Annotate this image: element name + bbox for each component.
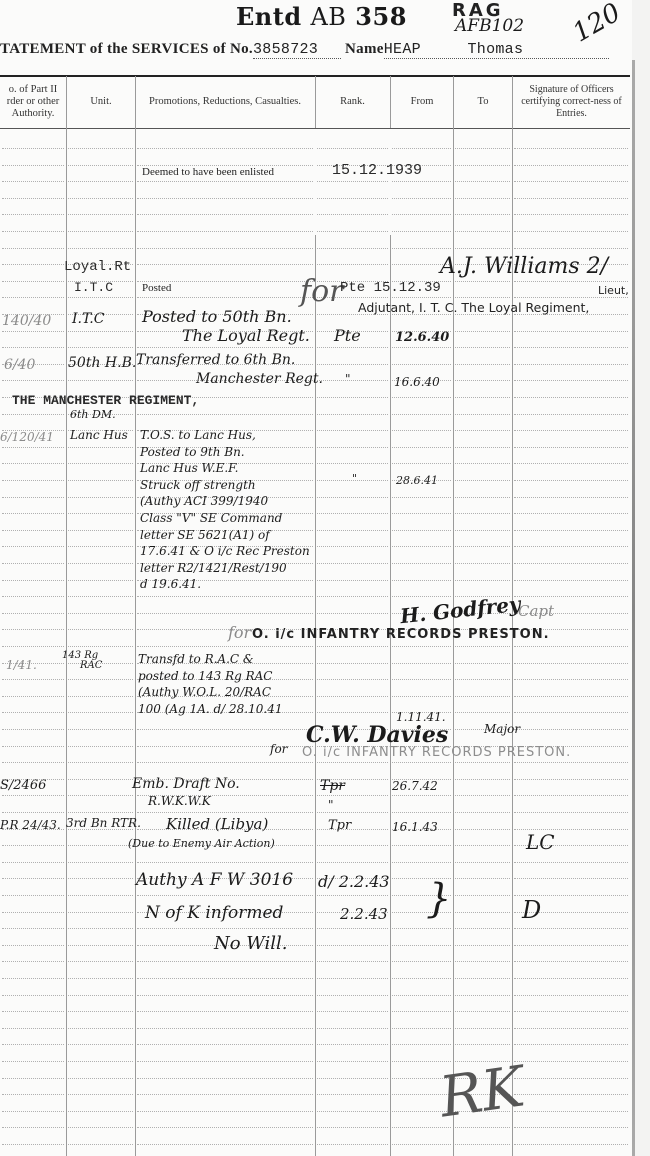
ruled-line bbox=[2, 264, 64, 265]
ruled-line bbox=[514, 513, 628, 514]
e4-text-line: 17.6.41 & O i/c Rec Preston bbox=[140, 544, 310, 558]
ruled-line bbox=[455, 712, 510, 713]
ruled-line bbox=[2, 646, 64, 647]
e6-rank-ditto: " bbox=[328, 798, 334, 812]
ruled-line bbox=[392, 596, 451, 597]
ruled-line bbox=[317, 895, 388, 896]
statement-title-line: TATEMENT of the SERVICES of No.3858723 N… bbox=[0, 41, 630, 59]
ruled-line bbox=[68, 878, 133, 879]
ruled-line bbox=[392, 364, 451, 365]
ruled-line bbox=[514, 1127, 628, 1128]
e2-unit: I.T.C bbox=[72, 311, 104, 327]
ruled-line bbox=[2, 679, 64, 680]
e8-from-line1: d/ 2.2.43 bbox=[318, 872, 390, 891]
ruled-line bbox=[2, 945, 64, 946]
ruled-line bbox=[137, 198, 313, 199]
ruled-line bbox=[68, 198, 133, 199]
ruled-line bbox=[514, 696, 628, 697]
ruled-line bbox=[2, 596, 64, 597]
ruled-line bbox=[455, 679, 510, 680]
ruled-line bbox=[317, 397, 388, 398]
col-divider-2 bbox=[135, 76, 136, 1156]
ruled-line bbox=[455, 580, 510, 581]
ruled-line bbox=[68, 1078, 133, 1079]
ruled-line bbox=[68, 480, 133, 481]
e1-adjutant-stamp: Adjutant, I. T. C. The Loyal Regiment, bbox=[358, 300, 589, 315]
ruled-line bbox=[455, 297, 510, 298]
ruled-line bbox=[392, 1028, 451, 1029]
ruled-line bbox=[392, 646, 451, 647]
ruled-line bbox=[514, 1011, 628, 1012]
ruled-line bbox=[514, 862, 628, 863]
ruled-line bbox=[137, 414, 313, 415]
ruled-line bbox=[317, 1144, 388, 1145]
ruled-line bbox=[137, 1061, 313, 1062]
e1-rank-date: Pte 15.12.39 bbox=[340, 280, 441, 296]
ruled-line bbox=[392, 297, 451, 298]
ruled-line bbox=[137, 1044, 313, 1045]
ruled-line bbox=[68, 1144, 133, 1145]
ruled-line bbox=[137, 646, 313, 647]
ruled-line bbox=[2, 862, 64, 863]
ruled-line bbox=[2, 1044, 64, 1045]
header-rank: Rank. bbox=[315, 78, 390, 126]
ruled-line bbox=[2, 297, 64, 298]
ruled-line bbox=[68, 563, 133, 564]
ruled-line bbox=[514, 480, 628, 481]
ruled-line bbox=[514, 1061, 628, 1062]
ruled-line bbox=[68, 762, 133, 763]
e2-rank: Pte bbox=[334, 326, 361, 345]
ruled-line bbox=[68, 331, 133, 332]
ruled-line bbox=[455, 762, 510, 763]
ruled-line bbox=[2, 928, 64, 929]
ruled-line bbox=[514, 198, 628, 199]
ruled-line bbox=[68, 629, 133, 630]
e5-for: for bbox=[270, 742, 287, 756]
e1-for: for bbox=[300, 274, 344, 309]
ruled-line bbox=[514, 646, 628, 647]
ruled-line bbox=[2, 1094, 64, 1095]
ruled-line bbox=[455, 181, 510, 182]
ruled-line bbox=[137, 231, 313, 232]
ruled-line bbox=[455, 563, 510, 564]
ruled-line bbox=[317, 1044, 388, 1045]
e4-text-line: Class "V" SE Command bbox=[140, 511, 282, 525]
e3-text-line1: Transferred to 6th Bn. bbox=[136, 352, 295, 368]
ruled-line bbox=[317, 580, 388, 581]
ruled-line bbox=[2, 231, 64, 232]
ruled-line bbox=[68, 729, 133, 730]
e8-text-line3: No Will. bbox=[214, 933, 288, 954]
ruled-line bbox=[455, 414, 510, 415]
e4-for: for bbox=[228, 623, 251, 642]
ruled-line bbox=[455, 214, 510, 215]
col-divider-3-header bbox=[315, 76, 316, 128]
e4-unit: Lanc Hus bbox=[70, 428, 128, 442]
ruled-line bbox=[2, 214, 64, 215]
ruled-line bbox=[2, 463, 64, 464]
ruled-line bbox=[455, 795, 510, 796]
ruled-line bbox=[455, 696, 510, 697]
forename: Thomas bbox=[467, 41, 523, 58]
ruled-line bbox=[137, 1078, 313, 1079]
ruled-line bbox=[68, 961, 133, 962]
ruled-line bbox=[68, 1111, 133, 1112]
ruled-line bbox=[2, 978, 64, 979]
ruled-line bbox=[317, 862, 388, 863]
ruled-line bbox=[514, 663, 628, 664]
ruled-line bbox=[514, 878, 628, 879]
surname: HEAP bbox=[384, 41, 421, 58]
ruled-line bbox=[317, 1111, 388, 1112]
ruled-line bbox=[317, 463, 388, 464]
service-record-page: Entd AB 358 RAG AFB102 120 TATEMENT of t… bbox=[0, 0, 650, 1156]
ruled-line bbox=[68, 580, 133, 581]
e8-initials: D bbox=[522, 896, 541, 924]
ruled-line bbox=[2, 912, 64, 913]
header-authority: o. of Part II rder or other Authority. bbox=[0, 78, 66, 126]
ruled-line bbox=[514, 1144, 628, 1145]
ruled-line bbox=[68, 447, 133, 448]
ruled-line bbox=[392, 563, 451, 564]
ruled-line bbox=[68, 248, 133, 249]
ruled-line bbox=[317, 646, 388, 647]
ruled-line bbox=[455, 878, 510, 879]
ruled-line bbox=[455, 829, 510, 830]
ruled-line bbox=[514, 779, 628, 780]
ruled-line bbox=[2, 629, 64, 630]
ruled-line bbox=[317, 928, 388, 929]
name-label: Name bbox=[345, 41, 384, 57]
ruled-line bbox=[2, 1061, 64, 1062]
ruled-line bbox=[68, 1094, 133, 1095]
ruled-line bbox=[2, 1078, 64, 1079]
ruled-line bbox=[514, 712, 628, 713]
ruled-line bbox=[2, 148, 64, 149]
ruled-line bbox=[392, 1011, 451, 1012]
ruled-line bbox=[137, 264, 313, 265]
e5-records-stamp: O. i/c INFANTRY RECORDS PRESTON. bbox=[302, 745, 571, 760]
ruled-line bbox=[2, 181, 64, 182]
ruled-line bbox=[317, 995, 388, 996]
ruled-line bbox=[392, 497, 451, 498]
e8-brace: } bbox=[426, 876, 451, 922]
ruled-line bbox=[137, 248, 313, 249]
ruled-line bbox=[455, 928, 510, 929]
ruled-line bbox=[317, 762, 388, 763]
ruled-line bbox=[137, 862, 313, 863]
ruled-line bbox=[392, 812, 451, 813]
ruled-line bbox=[392, 928, 451, 929]
ruled-line bbox=[68, 1061, 133, 1062]
page-right-edge bbox=[632, 60, 635, 1156]
ruled-line bbox=[68, 1044, 133, 1045]
ruled-line bbox=[514, 995, 628, 996]
form-number-handwritten: AFB102 bbox=[455, 16, 524, 36]
ruled-line bbox=[137, 762, 313, 763]
ruled-line bbox=[317, 181, 388, 182]
ruled-line bbox=[317, 430, 388, 431]
ruled-line bbox=[455, 961, 510, 962]
ruled-line bbox=[317, 414, 388, 415]
ruled-line bbox=[455, 497, 510, 498]
ruled-line bbox=[2, 1011, 64, 1012]
ruled-line bbox=[2, 580, 64, 581]
header-to: To bbox=[454, 78, 512, 126]
ruled-line bbox=[514, 281, 628, 282]
ruled-line bbox=[137, 961, 313, 962]
ruled-line bbox=[455, 331, 510, 332]
ruled-line bbox=[2, 331, 64, 332]
header-signature: Signature of Officers certifying correct… bbox=[513, 78, 630, 126]
ruled-line bbox=[392, 447, 451, 448]
e6-from: 26.7.42 bbox=[392, 779, 438, 793]
ruled-line bbox=[392, 961, 451, 962]
ruled-line bbox=[68, 513, 133, 514]
ruled-line bbox=[68, 530, 133, 531]
ruled-line bbox=[137, 729, 313, 730]
ruled-line bbox=[2, 513, 64, 514]
e5-signature-rank: Major bbox=[484, 722, 520, 736]
ruled-line bbox=[392, 181, 451, 182]
ruled-line bbox=[392, 414, 451, 415]
ruled-line bbox=[514, 397, 628, 398]
ruled-line bbox=[392, 580, 451, 581]
entd-stamp: Entd AB 358 bbox=[236, 2, 407, 31]
ruled-line bbox=[392, 430, 451, 431]
ruled-line bbox=[317, 978, 388, 979]
e4-rank-ditto: " bbox=[352, 472, 357, 485]
ruled-line bbox=[455, 165, 510, 166]
ruled-line bbox=[514, 148, 628, 149]
ruled-line bbox=[514, 231, 628, 232]
ruled-line bbox=[2, 878, 64, 879]
ruled-line bbox=[68, 1127, 133, 1128]
ruled-line bbox=[455, 546, 510, 547]
ruled-line bbox=[2, 729, 64, 730]
ruled-line bbox=[317, 513, 388, 514]
ruled-line bbox=[68, 679, 133, 680]
ruled-line bbox=[137, 995, 313, 996]
ruled-line bbox=[68, 181, 133, 182]
ruled-line bbox=[68, 165, 133, 166]
e7-authority: P.R 24/43. bbox=[0, 818, 61, 832]
ruled-line bbox=[2, 198, 64, 199]
ruled-line bbox=[317, 1127, 388, 1128]
e4-text-line: (Authy ACI 399/1940 bbox=[140, 494, 268, 508]
ruled-line bbox=[392, 995, 451, 996]
ruled-line bbox=[68, 297, 133, 298]
e1-posted: Posted bbox=[142, 282, 171, 294]
e6-text-line1: Emb. Draft No. bbox=[132, 776, 240, 792]
ruled-line bbox=[392, 513, 451, 514]
ruled-line bbox=[455, 463, 510, 464]
ruled-line bbox=[455, 663, 510, 664]
ruled-line bbox=[514, 1078, 628, 1079]
ruled-line bbox=[137, 812, 313, 813]
ruled-line bbox=[455, 380, 510, 381]
ruled-line bbox=[392, 198, 451, 199]
header-promotions: Promotions, Reductions, Casualties. bbox=[136, 78, 314, 126]
ruled-line bbox=[514, 596, 628, 597]
e5-unit-line2: RAC bbox=[80, 660, 102, 671]
stamp-ab: AB bbox=[310, 3, 346, 31]
ruled-line bbox=[2, 447, 64, 448]
ruled-line bbox=[2, 812, 64, 813]
ruled-line bbox=[2, 613, 64, 614]
ruled-line bbox=[455, 513, 510, 514]
ruled-line bbox=[137, 978, 313, 979]
ruled-line bbox=[317, 530, 388, 531]
ruled-line bbox=[455, 480, 510, 481]
ruled-line bbox=[455, 231, 510, 232]
ruled-line bbox=[392, 231, 451, 232]
ruled-line bbox=[392, 696, 451, 697]
ruled-line bbox=[317, 231, 388, 232]
ruled-line bbox=[455, 978, 510, 979]
ruled-line bbox=[137, 1094, 313, 1095]
ruled-line bbox=[2, 530, 64, 531]
ruled-line bbox=[2, 795, 64, 796]
e4-text-line: T.O.S. to Lanc Hus, bbox=[140, 428, 256, 442]
enlisted-label: Deemed to have been enlisted bbox=[142, 166, 274, 178]
ruled-line bbox=[392, 1144, 451, 1145]
stamp-entd: Entd bbox=[236, 2, 302, 31]
e4-text-line: Lanc Hus W.E.F. bbox=[140, 461, 238, 475]
ruled-line bbox=[137, 928, 313, 929]
ruled-line bbox=[68, 696, 133, 697]
ruled-line bbox=[68, 895, 133, 896]
ruled-line bbox=[68, 1011, 133, 1012]
e4-signature-rank: Capt bbox=[518, 602, 554, 620]
e2-from: 12.6.40 bbox=[395, 330, 449, 345]
ruled-line bbox=[514, 945, 628, 946]
ruled-line bbox=[317, 214, 388, 215]
ruled-line bbox=[514, 497, 628, 498]
ruled-line bbox=[514, 795, 628, 796]
ruled-line bbox=[392, 978, 451, 979]
ruled-line bbox=[514, 762, 628, 763]
e4-from: 28.6.41 bbox=[396, 474, 438, 487]
ruled-line bbox=[2, 961, 64, 962]
ruled-line bbox=[2, 497, 64, 498]
e3-from: 16.6.40 bbox=[394, 375, 440, 389]
ruled-line bbox=[514, 679, 628, 680]
ruled-line bbox=[2, 845, 64, 846]
ruled-line bbox=[2, 414, 64, 415]
ruled-line bbox=[392, 397, 451, 398]
ruled-line bbox=[392, 679, 451, 680]
ruled-line bbox=[392, 845, 451, 846]
ruled-line bbox=[2, 347, 64, 348]
ruled-line bbox=[68, 862, 133, 863]
ruled-line bbox=[68, 978, 133, 979]
ruled-line bbox=[514, 181, 628, 182]
footer-initials: RK bbox=[436, 1054, 528, 1130]
ruled-line bbox=[455, 779, 510, 780]
ruled-line bbox=[68, 613, 133, 614]
ruled-line bbox=[68, 347, 133, 348]
ruled-line bbox=[455, 364, 510, 365]
ruled-line bbox=[514, 347, 628, 348]
e7-text-line2: (Due to Enemy Air Action) bbox=[128, 837, 275, 850]
ruled-line bbox=[317, 795, 388, 796]
ruled-line bbox=[317, 546, 388, 547]
ruled-line bbox=[2, 480, 64, 481]
ruled-line bbox=[392, 1127, 451, 1128]
ruled-line bbox=[317, 148, 388, 149]
statement-label: TATEMENT of the SERVICES of No. bbox=[0, 41, 253, 57]
ruled-line bbox=[68, 546, 133, 547]
ruled-line bbox=[317, 1078, 388, 1079]
e4-text-line: d 19.6.41. bbox=[140, 577, 201, 591]
e5-text-line: posted to 143 Rg RAC bbox=[138, 669, 272, 683]
e4-records-stamp: O. i/c INFANTRY RECORDS PRESTON. bbox=[252, 627, 550, 642]
ruled-line bbox=[137, 613, 313, 614]
ruled-line bbox=[68, 596, 133, 597]
ruled-line bbox=[514, 414, 628, 415]
regiment-heading: THE MANCHESTER REGIMENT, bbox=[12, 393, 199, 408]
ruled-line bbox=[317, 845, 388, 846]
ruled-line bbox=[317, 1094, 388, 1095]
ruled-line bbox=[68, 646, 133, 647]
ruled-line bbox=[392, 347, 451, 348]
ruled-line bbox=[317, 945, 388, 946]
ruled-line bbox=[392, 795, 451, 796]
ruled-line bbox=[2, 1028, 64, 1029]
e1-unit-itc: I.T.C bbox=[74, 280, 113, 295]
ruled-line bbox=[2, 165, 64, 166]
ruled-line bbox=[68, 795, 133, 796]
ruled-line bbox=[137, 1111, 313, 1112]
ruled-line bbox=[68, 845, 133, 846]
ruled-line bbox=[455, 1044, 510, 1045]
ruled-line bbox=[514, 248, 628, 249]
e6-rank: Tpr bbox=[320, 778, 345, 794]
e6-text-line2: R.W.K.W.K bbox=[148, 794, 211, 808]
ruled-line bbox=[68, 912, 133, 913]
ruled-line bbox=[2, 995, 64, 996]
ruled-line bbox=[392, 214, 451, 215]
ruled-line bbox=[455, 148, 510, 149]
name-value: HEAP Thomas bbox=[384, 41, 609, 59]
e6-authority: S/2466 bbox=[0, 778, 46, 793]
e8-text-line2: N of K informed bbox=[145, 903, 283, 923]
stamp-number: 358 bbox=[355, 2, 407, 31]
ruled-line bbox=[317, 1061, 388, 1062]
e7-rank: Tpr bbox=[328, 818, 351, 833]
ruled-line bbox=[2, 1144, 64, 1145]
e5-text-line: (Authy W.O.L. 20/RAC bbox=[138, 685, 271, 699]
ruled-line bbox=[392, 148, 451, 149]
ruled-line bbox=[68, 214, 133, 215]
ruled-line bbox=[2, 1127, 64, 1128]
e3-unit: 50th H.B. bbox=[68, 355, 136, 371]
ruled-line bbox=[317, 812, 388, 813]
ruled-line bbox=[317, 380, 388, 381]
ruled-line bbox=[317, 696, 388, 697]
ruled-line bbox=[68, 712, 133, 713]
ruled-line bbox=[317, 248, 388, 249]
e7-initials: LC bbox=[526, 830, 555, 854]
ruled-line bbox=[392, 463, 451, 464]
ruled-line bbox=[317, 663, 388, 664]
ruled-line bbox=[455, 945, 510, 946]
ruled-line bbox=[392, 530, 451, 531]
ruled-line bbox=[137, 1028, 313, 1029]
ruled-line bbox=[137, 1127, 313, 1128]
